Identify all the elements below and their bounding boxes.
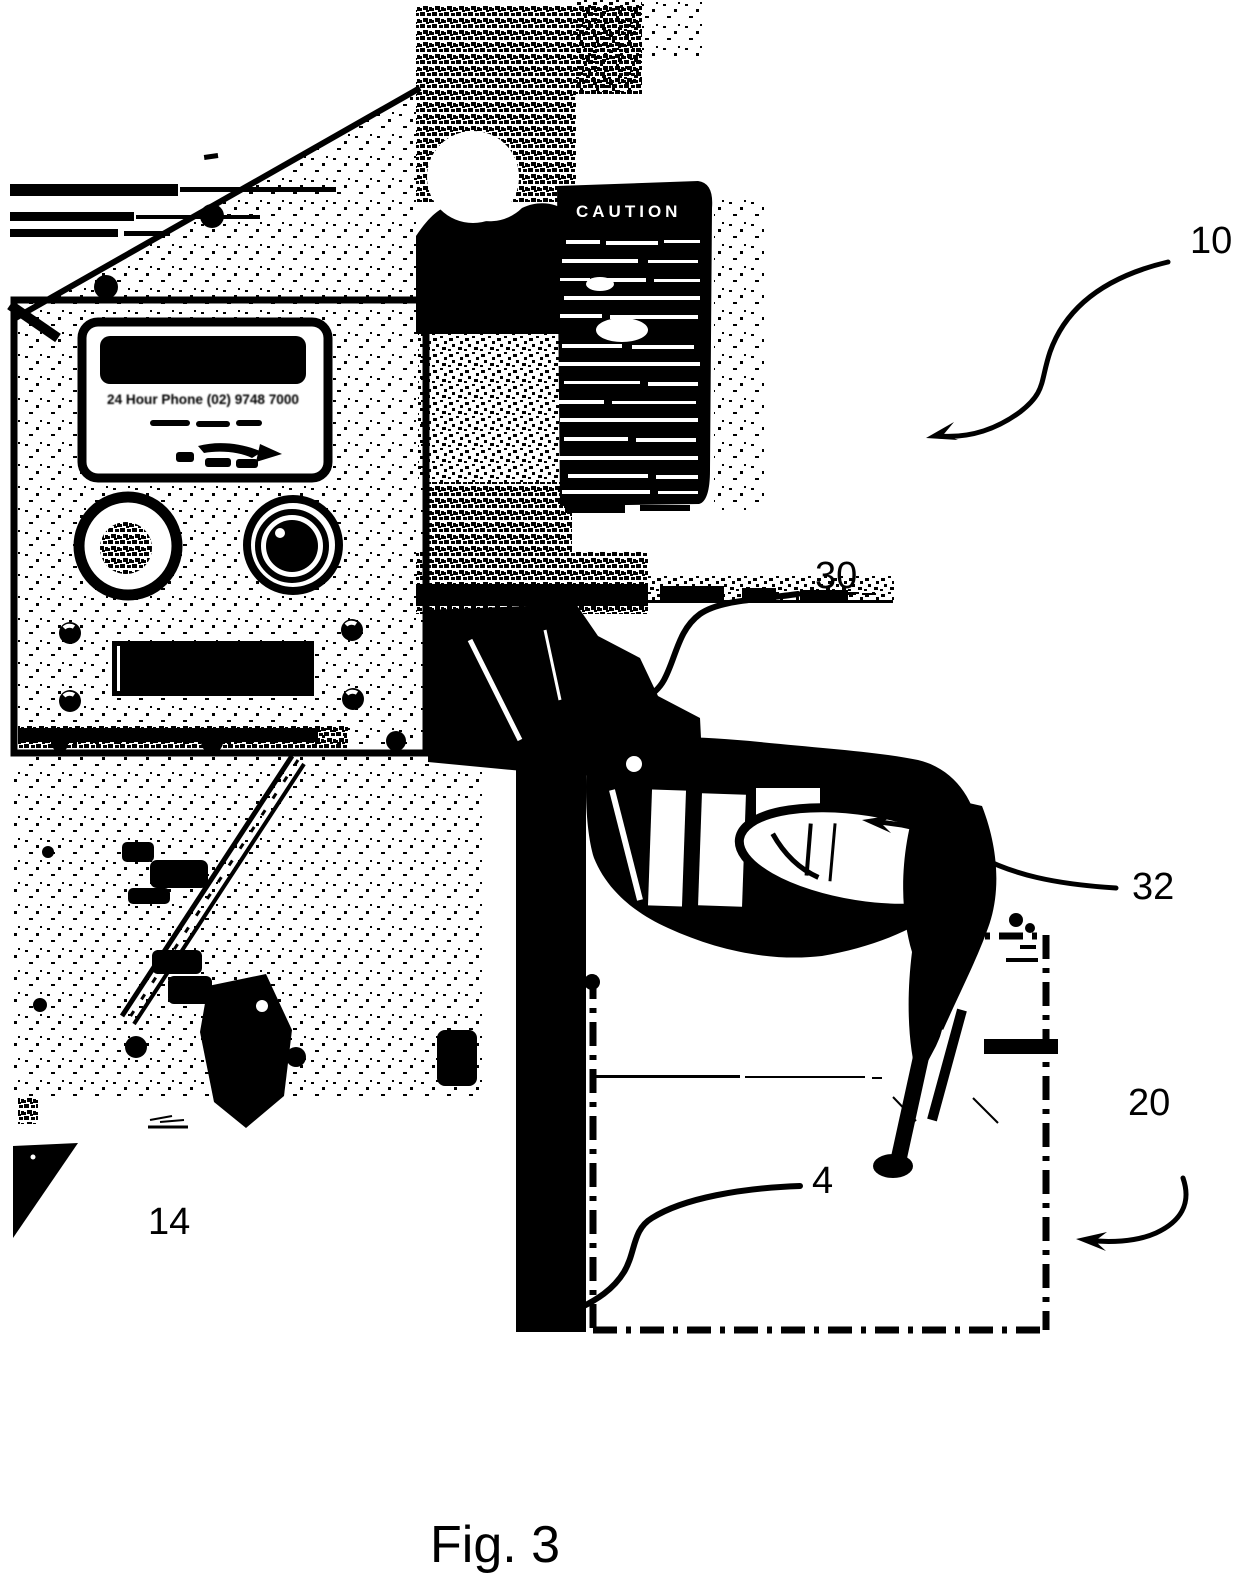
- display-slot: [112, 641, 314, 696]
- floor-area: [13, 756, 484, 1238]
- control-panel: 24 Hour Phone (02) 9748 7000: [14, 300, 430, 770]
- floor-corner-triangle: [13, 1143, 78, 1238]
- ref-label-20: 20: [1128, 1082, 1170, 1124]
- ref-label-10: 10: [1190, 220, 1232, 262]
- knob-right: [247, 499, 339, 591]
- patent-figure-canvas: CAUTION 24 Hour Ph: [0, 0, 1240, 1585]
- leader-20: [1086, 1178, 1186, 1242]
- leader-10: [938, 262, 1168, 436]
- machine-post-bar: [516, 756, 586, 1332]
- caution-title: CAUTION: [576, 202, 681, 221]
- ref-label-4: 4: [812, 1160, 833, 1202]
- floor-scribble: [148, 1116, 188, 1127]
- ref-label-14: 14: [148, 1201, 190, 1243]
- ref-label-32: 32: [1132, 866, 1174, 908]
- table-edge-line: [455, 600, 893, 603]
- bolt-head: [94, 275, 118, 299]
- lamp-circle: [427, 131, 519, 223]
- bolt-head: [200, 204, 224, 228]
- ref-label-30: 30: [815, 555, 857, 597]
- caution-sign: CAUTION: [557, 181, 764, 513]
- leader-4: [580, 1186, 800, 1308]
- service-label-text: 24 Hour Phone (02) 9748 7000: [107, 391, 299, 407]
- patent-figure-page: CAUTION 24 Hour Ph: [0, 0, 1240, 1585]
- service-label-plate: 24 Hour Phone (02) 9748 7000: [82, 322, 328, 478]
- knob-left: [79, 497, 177, 595]
- phantom-region-box: [593, 935, 1046, 1330]
- figure-caption: Fig. 3: [430, 1516, 560, 1574]
